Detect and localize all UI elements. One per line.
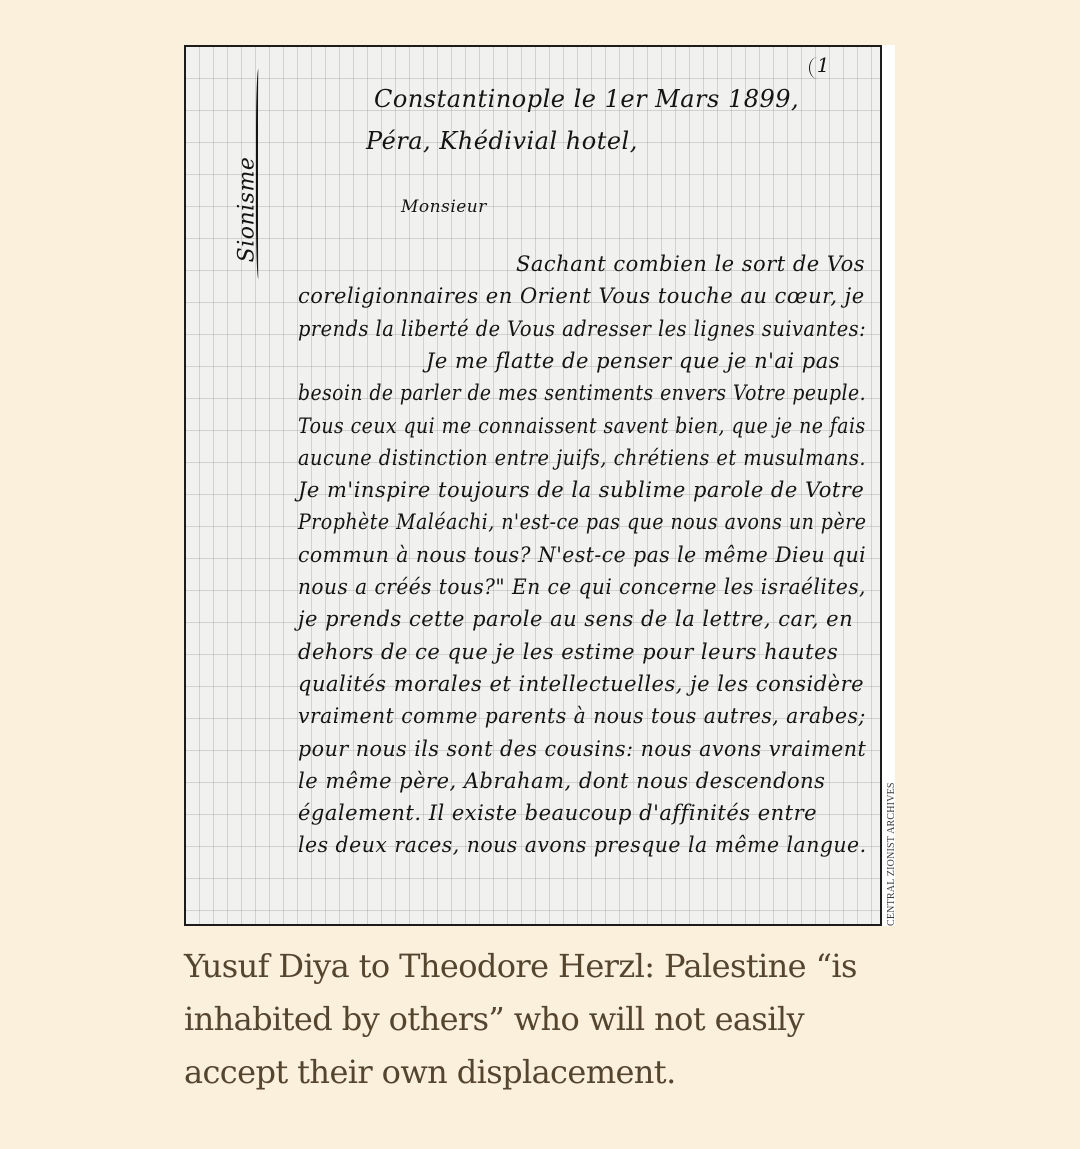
letter-line: vraiment comme parents à nous tous autre… — [298, 704, 866, 728]
letter-line: besoin de parler de mes sentiments enver… — [298, 381, 866, 405]
margin-note: Sionisme — [235, 155, 260, 265]
credit-strip: CENTRAL ZIONIST ARCHIVES — [882, 45, 895, 926]
letter-line: commun à nous tous? N'est-ce pas le même… — [298, 543, 866, 567]
letter-line: les deux races, nous avons presque la mê… — [298, 833, 867, 857]
letter-line: coreligionnaires en Orient Vous touche a… — [298, 284, 865, 308]
letter-line: nous a créés tous?" En ce qui concerne l… — [298, 575, 866, 599]
letter-line: dehors de ce que je les estime pour leur… — [298, 640, 838, 664]
letter-line: pour nous ils sont des cousins: nous avo… — [298, 737, 866, 761]
letter-line: Je me flatte de penser que je n'ai pas — [426, 349, 840, 373]
letter-line: Je m'inspire toujours de la sublime paro… — [298, 478, 864, 502]
letter-salutation: Monsieur — [401, 197, 487, 217]
letter-line: Sachant combien le sort de Vos — [516, 252, 865, 276]
letter-line: Tous ceux qui me connaissent savent bien… — [298, 414, 866, 438]
letter-line: qualités morales et intellectuelles, je … — [298, 672, 864, 696]
letter-line: prends la liberté de Vous adresser les l… — [298, 317, 866, 341]
photo-credit: CENTRAL ZIONIST ARCHIVES — [886, 782, 898, 926]
letter-dateline: Constantinople le 1er Mars 1899, — [374, 85, 799, 113]
figure-caption: Yusuf Diya to Theodore Herzl: Palestine … — [184, 940, 904, 1099]
page-number: 1 — [817, 53, 830, 77]
letter-line: Prophète Maléachi, n'est-ce pas que nous… — [298, 510, 866, 534]
letter-line: également. Il existe beaucoup d'affinité… — [298, 801, 817, 825]
letter-figure: 1 Sionisme Constantinople le 1er Mars 18… — [184, 45, 895, 926]
letter-scan-image: 1 Sionisme Constantinople le 1er Mars 18… — [184, 45, 882, 926]
letter-image-frame: 1 Sionisme Constantinople le 1er Mars 18… — [184, 45, 895, 926]
letter-line: le même père, Abraham, dont nous descend… — [298, 769, 825, 793]
letter-line: aucune distinction entre juifs, chrétien… — [298, 446, 866, 470]
letter-address: Péra, Khédivial hotel, — [366, 127, 638, 155]
letter-line: je prends cette parole au sens de la let… — [298, 607, 853, 631]
